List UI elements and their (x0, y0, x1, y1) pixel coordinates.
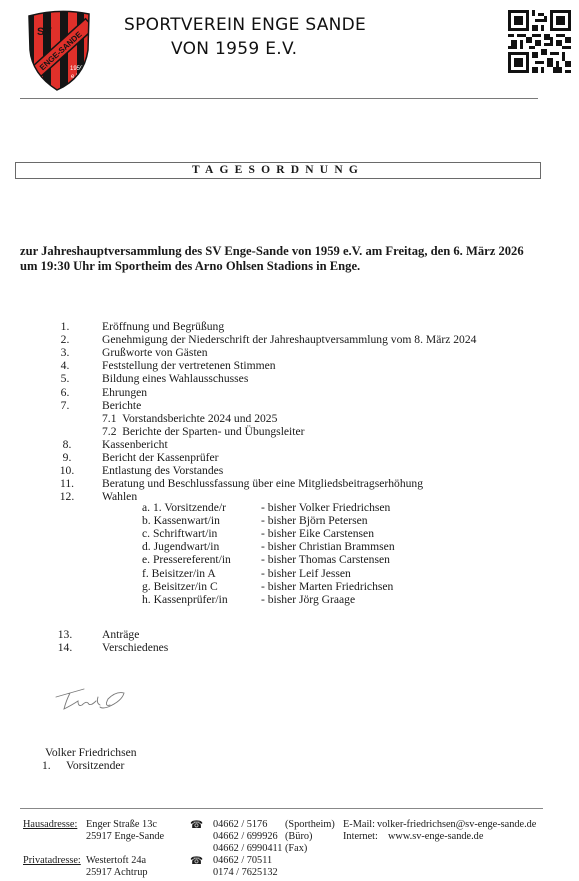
private-address-label: Privatadresse: (23, 855, 81, 866)
house-address-city: 25917 Enge-Sande (86, 831, 164, 842)
election-position: c. Schriftwart/in (142, 527, 217, 540)
phone-buero: 04662 / 699926 (213, 831, 278, 842)
agenda-item-text: Genehmigung der Niederschrift der Jahres… (102, 333, 476, 346)
agenda-item-text: Verschiedenes (102, 641, 168, 654)
phone-fax: 04662 / 6990411 (213, 843, 282, 854)
internet-label: Internet: (343, 831, 378, 842)
phone-sportheim: 04662 / 5176 (213, 819, 267, 830)
election-position: d. Jugendwart/in (142, 540, 219, 553)
election-position: f. Beisitzer/in A (142, 567, 216, 580)
election-incumbent: - bisher Leif Jessen (261, 567, 351, 580)
agenda-item-number: 6. (50, 386, 80, 399)
agenda-item-text: Kassenbericht (102, 438, 168, 451)
agenda-item-number: 12. (52, 490, 82, 503)
private-address-street: Westertoft 24a (86, 855, 146, 866)
agenda-item-text: Grußworte von Gästen (102, 346, 208, 359)
handwritten-signature-icon (52, 683, 132, 715)
agenda-item-text: Anträge (102, 628, 139, 641)
agenda-item-text: Feststellung der vertretenen Stimmen (102, 359, 276, 372)
agenda-item-text: Bericht der Kassenprüfer (102, 451, 219, 464)
election-incumbent: - bisher Thomas Carstensen (261, 553, 390, 566)
election-incumbent: - bisher Eike Carstensen (261, 527, 374, 540)
election-position: h. Kassenprüfer/in (142, 593, 228, 606)
agenda-item-text: Beratung und Beschlussfassung über eine … (102, 477, 423, 490)
intro-line1: zur Jahreshauptversammlung des SV Enge-S… (20, 244, 524, 259)
agenda-item-text: Bildung eines Wahlausschusses (102, 372, 248, 385)
phone-private: 04662 / 70511 (213, 855, 272, 866)
private-address-city: 25917 Achtrup (86, 867, 148, 878)
phone-mobile: 0174 / 7625132 (213, 867, 278, 878)
agenda-item-number: 3. (50, 346, 80, 359)
agenda-item-number: 2. (50, 333, 80, 346)
email-link[interactable]: volker-friedrichsen@sv-enge-sande.de (377, 819, 536, 830)
agenda-item-number: 4. (50, 359, 80, 372)
agenda-item-number: 10. (52, 464, 82, 477)
election-position: g. Beisitzer/in C (142, 580, 218, 593)
page-title: TAGESORDNUNG (16, 164, 540, 176)
club-name-line1: SPORTVEREIN ENGE SANDE (124, 15, 366, 35)
election-position: e. Pressereferent/in (142, 553, 231, 566)
phone-icon: ☎ (190, 819, 203, 831)
phone-sportheim-label: (Sportheim) (285, 819, 335, 830)
agenda-item-number: 13. (50, 628, 80, 641)
agenda-item-text: Eröffnung und Begrüßung (102, 320, 224, 333)
website-link[interactable]: www.sv-enge-sande.de (388, 831, 483, 842)
footer-divider (20, 808, 543, 809)
agenda-item-text: Ehrungen (102, 386, 147, 399)
agenda-item-text: Wahlen (102, 490, 137, 503)
phone-buero-label: (Büro) (285, 831, 312, 842)
intro-line2: um 19:30 Uhr im Sportheim des Arno Ohlse… (20, 259, 360, 274)
qr-code-icon (508, 10, 571, 73)
election-incumbent: - bisher Björn Petersen (261, 514, 368, 527)
agenda-item-text: Berichte (102, 399, 141, 412)
header-divider (20, 98, 538, 99)
phone-fax-label: (Fax) (285, 843, 307, 854)
house-address-street: Enger Straße 13c (86, 819, 157, 830)
club-name-line2: VON 1959 E.V. (171, 39, 297, 59)
agenda-item-number: 7. (50, 399, 80, 412)
signer-name: Volker Friedrichsen (45, 746, 137, 759)
election-position: a. 1. Vorsitzende/r (142, 501, 226, 514)
agenda-item-number: 11. (52, 477, 82, 490)
title-box: TAGESORDNUNG (15, 162, 541, 179)
agenda-item-number: 1. (50, 320, 80, 333)
agenda-item-number: 8. (52, 438, 82, 451)
election-incumbent: - bisher Christian Brammsen (261, 540, 395, 553)
agenda-item-number: 9. (52, 451, 82, 464)
svg-text:SV: SV (37, 26, 52, 38)
agenda-item-number: 14. (50, 641, 80, 654)
agenda-subitem: 7.1 Vorstandsberichte 2024 und 2025 (102, 412, 277, 425)
election-incumbent: - bisher Volker Friedrichsen (261, 501, 390, 514)
signer-role-number: 1. (42, 759, 51, 772)
agenda-item-number: 5. (50, 372, 80, 385)
phone-icon: ☎ (190, 855, 203, 867)
election-incumbent: - bisher Jörg Graage (261, 593, 355, 606)
agenda-item-text: Entlastung des Vorstandes (102, 464, 223, 477)
election-incumbent: - bisher Marten Friedrichsen (261, 580, 393, 593)
email-label: E-Mail: (343, 819, 375, 830)
signer-role: Vorsitzender (66, 759, 124, 772)
election-position: b. Kassenwart/in (142, 514, 220, 527)
agenda-subitem: 7.2 Berichte der Sparten- und Übungsleit… (102, 425, 305, 438)
house-address-label: Hausadresse: (23, 819, 77, 830)
club-crest-icon: ENGE-SANDE SV 1959 e.V. (26, 10, 92, 92)
